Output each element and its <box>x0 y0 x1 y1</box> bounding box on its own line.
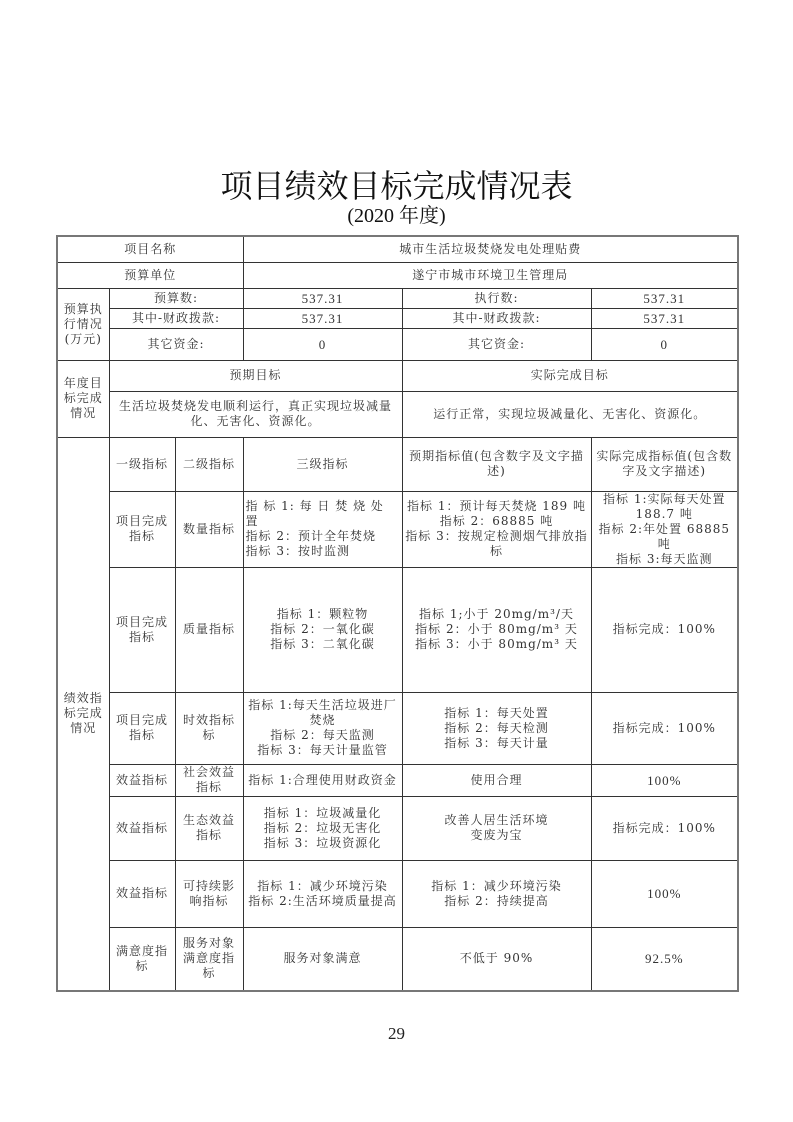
performance-header-row: 绩效指标完成情况 一级指标 二级指标 三级指标 预期指标值(包含数字及文字描述)… <box>57 437 738 491</box>
expected-goal-header: 预期目标 <box>109 360 402 391</box>
actual-cell: 100% <box>591 860 738 927</box>
annual-goal-content-row: 生活垃圾焚烧发电顺利运行，真正实现垃圾减量化、无害化、资源化。 运行正常，实现垃… <box>57 391 738 437</box>
budget-unit-row: 预算单位 遂宁市城市环境卫生管理局 <box>57 262 738 288</box>
actual-cell: 92.5% <box>591 927 738 991</box>
level1-cell: 效益指标 <box>109 764 175 796</box>
budget-left-label: 其中-财政拨款: <box>109 308 243 328</box>
table-row: 项目完成指标 质量指标 指标 1：颗粒物 指标 2：一氧化碳 指标 3：二氧化碳… <box>57 567 738 692</box>
expected-cell: 指标 1：每天处置 指标 2：每天检测 指标 3：每天计量 <box>402 692 591 764</box>
header-actual: 实际完成指标值(包含数字及文字描述) <box>591 437 738 491</box>
document-title: 项目绩效目标完成情况表 <box>0 166 793 206</box>
header-level1: 一级指标 <box>109 437 175 491</box>
expected-goal-text: 生活垃圾焚烧发电顺利运行，真正实现垃圾减量化、无害化、资源化。 <box>109 391 402 437</box>
annual-goal-header-row: 年度目标完成情况 预期目标 实际完成目标 <box>57 360 738 391</box>
actual-cell: 指标完成：100% <box>591 692 738 764</box>
level1-cell: 满意度指标 <box>109 927 175 991</box>
level3-cell: 指标 1:合理使用财政资金 <box>243 764 402 796</box>
performance-table: 项目名称 城市生活垃圾焚烧发电处理贴费 预算单位 遂宁市城市环境卫生管理局 预算… <box>56 235 739 992</box>
level2-cell: 服务对象满意度指标 <box>175 927 243 991</box>
level1-cell: 项目完成指标 <box>109 567 175 692</box>
budget-right-value: 537.31 <box>591 308 738 328</box>
budget-unit-value: 遂宁市城市环境卫生管理局 <box>243 262 738 288</box>
budget-unit-label: 预算单位 <box>57 262 243 288</box>
actual-goal-text: 运行正常，实现垃圾减量化、无害化、资源化。 <box>402 391 738 437</box>
project-name-label: 项目名称 <box>57 236 243 262</box>
table-row: 项目完成指标 时效指标标 指标 1:每天生活垃圾进厂焚烧 指标 2：每天监测 指… <box>57 692 738 764</box>
actual-goal-header: 实际完成目标 <box>402 360 738 391</box>
budget-right-value: 537.31 <box>591 288 738 308</box>
budget-left-label: 预算数: <box>109 288 243 308</box>
actual-cell: 100% <box>591 764 738 796</box>
expected-cell: 指标 1：减少环境污染 指标 2：持续提高 <box>402 860 591 927</box>
budget-left-value: 0 <box>243 328 402 360</box>
header-level3: 三级指标 <box>243 437 402 491</box>
header-level2: 二级指标 <box>175 437 243 491</box>
level2-cell: 社会效益指标 <box>175 764 243 796</box>
project-name-value: 城市生活垃圾焚烧发电处理贴费 <box>243 236 738 262</box>
level3-cell: 指标 1:每天生活垃圾进厂焚烧 指标 2：每天监测 指标 3：每天计量监管 <box>243 692 402 764</box>
level3-cell: 指标 1：减少环境污染 指标 2:生活环境质量提高 <box>243 860 402 927</box>
expected-cell: 使用合理 <box>402 764 591 796</box>
level3-cell: 指标 1：颗粒物 指标 2：一氧化碳 指标 3：二氧化碳 <box>243 567 402 692</box>
expected-cell: 指标 1;小于 20mg/m³/天 指标 2：小于 80mg/m³ 天 指标 3… <box>402 567 591 692</box>
actual-cell: 指标完成：100% <box>591 567 738 692</box>
level2-cell: 时效指标标 <box>175 692 243 764</box>
level2-cell: 质量指标 <box>175 567 243 692</box>
level3-cell: 指标 1：垃圾减量化 指标 2：垃圾无害化 指标 3：垃圾资源化 <box>243 796 402 860</box>
document-subtitle: (2020 年度) <box>0 204 793 228</box>
page-number: 29 <box>0 1024 793 1044</box>
actual-cell: 指标完成：100% <box>591 796 738 860</box>
actual-cell: 指标 1:实际每天处置 188.7 吨 指标 2:年处置 68885 吨 指标 … <box>591 491 738 567</box>
budget-row: 其它资金: 0 其它资金: 0 <box>57 328 738 360</box>
table-row: 效益指标 生态效益指标 指标 1：垃圾减量化 指标 2：垃圾无害化 指标 3：垃… <box>57 796 738 860</box>
table-row: 效益指标 可持续影响指标 指标 1：减少环境污染 指标 2:生活环境质量提高 指… <box>57 860 738 927</box>
budget-section-label: 预算执行情况(万元) <box>57 288 109 360</box>
level2-cell: 可持续影响指标 <box>175 860 243 927</box>
table-row: 项目完成指标 数量指标 指 标 1: 每 日 焚 烧 处 置 指标 2：预计全年… <box>57 491 738 567</box>
budget-right-value: 0 <box>591 328 738 360</box>
expected-cell: 改善人居生活环境 变废为宝 <box>402 796 591 860</box>
level1-cell: 项目完成指标 <box>109 491 175 567</box>
table-row: 满意度指标 服务对象满意度指标 服务对象满意 不低于 90% 92.5% <box>57 927 738 991</box>
budget-left-value: 537.31 <box>243 308 402 328</box>
budget-right-label: 执行数: <box>402 288 591 308</box>
expected-cell: 不低于 90% <box>402 927 591 991</box>
budget-left-value: 537.31 <box>243 288 402 308</box>
table-row: 效益指标 社会效益指标 指标 1:合理使用财政资金 使用合理 100% <box>57 764 738 796</box>
level1-cell: 项目完成指标 <box>109 692 175 764</box>
project-name-row: 项目名称 城市生活垃圾焚烧发电处理贴费 <box>57 236 738 262</box>
annual-goal-section-label: 年度目标完成情况 <box>57 360 109 437</box>
budget-row: 预算执行情况(万元) 预算数: 537.31 执行数: 537.31 <box>57 288 738 308</box>
budget-right-label: 其中-财政拨款: <box>402 308 591 328</box>
level3-cell: 服务对象满意 <box>243 927 402 991</box>
level2-cell: 数量指标 <box>175 491 243 567</box>
expected-cell: 指标 1：预计每天焚烧 189 吨 指标 2：68885 吨 指标 3：按规定检… <box>402 491 591 567</box>
level3-cell: 指 标 1: 每 日 焚 烧 处 置 指标 2：预计全年焚烧 指标 3：按时监测 <box>243 491 402 567</box>
header-expected: 预期指标值(包含数字及文字描述) <box>402 437 591 491</box>
level1-cell: 效益指标 <box>109 796 175 860</box>
level2-cell: 生态效益指标 <box>175 796 243 860</box>
budget-row: 其中-财政拨款: 537.31 其中-财政拨款: 537.31 <box>57 308 738 328</box>
budget-right-label: 其它资金: <box>402 328 591 360</box>
performance-section-label: 绩效指标完成情况 <box>57 437 109 991</box>
budget-left-label: 其它资金: <box>109 328 243 360</box>
level1-cell: 效益指标 <box>109 860 175 927</box>
